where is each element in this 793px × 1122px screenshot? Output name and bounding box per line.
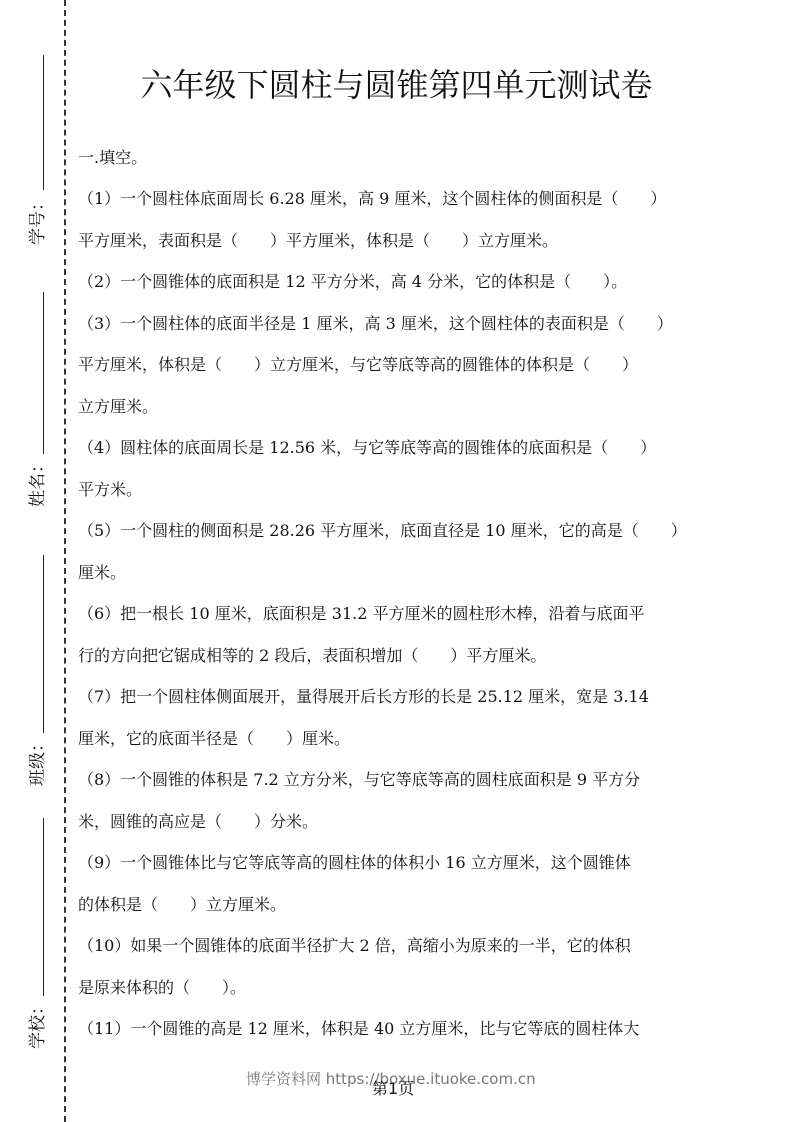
question-line: 平方厘米，体积是（ ）立方厘米，与它等底等高的圆锥体的体积是（ ） <box>78 344 720 386</box>
question-1: （1）一个圆柱体底面周长 6.28 厘米，高 9 厘米，这个圆柱体的侧面积是（ … <box>78 178 720 261</box>
question-line: 是原来体积的（ ）。 <box>78 967 720 1009</box>
question-line: （4）圆柱体的底面周长是 12.56 米，与它等底等高的圆锥体的底面积是（ ） <box>78 427 720 469</box>
question-line: （10）如果一个圆锥体的底面半径扩大 2 倍，高缩小为原来的一半，它的体积 <box>78 925 720 967</box>
question-4: （4）圆柱体的底面周长是 12.56 米，与它等底等高的圆锥体的底面积是（ ） … <box>78 427 720 510</box>
question-line: （7）把一个圆柱体侧面展开，量得展开后长方形的长是 25.12 厘米，宽是 3.… <box>78 676 720 718</box>
question-8: （8）一个圆锥的体积是 7.2 立方分米，与它等底等高的圆柱底面积是 9 平方分… <box>78 759 720 842</box>
question-line: （5）一个圆柱的侧面积是 28.26 平方厘米，底面直径是 10 厘米，它的高是… <box>78 510 720 552</box>
exam-content: 一.填空。 （1）一个圆柱体底面周长 6.28 厘米，高 9 厘米，这个圆柱体的… <box>78 138 720 1050</box>
question-line: （6）把一根长 10 厘米，底面积是 31.2 平方厘米的圆柱形木棒，沿着与底面… <box>78 593 720 635</box>
question-line: （9）一个圆锥体比与它等底等高的圆柱体的体积小 16 立方厘米，这个圆锥体 <box>78 842 720 884</box>
class-line <box>43 555 44 733</box>
question-line: 的体积是（ ）立方厘米。 <box>78 884 720 926</box>
question-line: 米，圆锥的高应是（ ）分米。 <box>78 801 720 843</box>
question-line: 平方米。 <box>78 469 720 511</box>
question-5: （5）一个圆柱的侧面积是 28.26 平方厘米，底面直径是 10 厘米，它的高是… <box>78 510 720 593</box>
question-7: （7）把一个圆柱体侧面展开，量得展开后长方形的长是 25.12 厘米，宽是 3.… <box>78 676 720 759</box>
question-line: 平方厘米，表面积是（ ）平方厘米，体积是（ ）立方厘米。 <box>78 220 720 262</box>
binding-cut-line <box>64 0 66 1122</box>
student-id-label: 学号： <box>20 196 50 242</box>
page-number: 第1页 <box>372 1076 414 1099</box>
question-line: （2）一个圆锥体的底面积是 12 平方分米，高 4 分米，它的体积是（ ）。 <box>78 261 720 303</box>
student-name-label: 姓名： <box>20 458 50 504</box>
question-2: （2）一个圆锥体的底面积是 12 平方分米，高 4 分米，它的体积是（ ）。 <box>78 261 720 303</box>
school-label: 学校： <box>20 1000 50 1046</box>
school-line <box>43 818 44 996</box>
question-line: 厘米，它的底面半径是（ ）厘米。 <box>78 718 720 760</box>
question-6: （6）把一根长 10 厘米，底面积是 31.2 平方厘米的圆柱形木棒，沿着与底面… <box>78 593 720 676</box>
section-heading: 一.填空。 <box>78 138 720 178</box>
student-name-line <box>43 292 44 454</box>
page-title: 六年级下圆柱与圆锥第四单元测试卷 <box>0 60 793 106</box>
class-label: 班级： <box>20 737 50 783</box>
question-line: 厘米。 <box>78 552 720 594</box>
question-3: （3）一个圆柱体的底面半径是 1 厘米，高 3 厘米，这个圆柱体的表面积是（ ）… <box>78 303 720 428</box>
question-line: （3）一个圆柱体的底面半径是 1 厘米，高 3 厘米，这个圆柱体的表面积是（ ） <box>78 303 720 345</box>
question-line: 立方厘米。 <box>78 386 720 428</box>
question-10: （10）如果一个圆锥体的底面半径扩大 2 倍，高缩小为原来的一半，它的体积 是原… <box>78 925 720 1008</box>
question-line: （8）一个圆锥的体积是 7.2 立方分米，与它等底等高的圆柱底面积是 9 平方分 <box>78 759 720 801</box>
question-9: （9）一个圆锥体比与它等底等高的圆柱体的体积小 16 立方厘米，这个圆锥体 的体… <box>78 842 720 925</box>
question-11: （11）一个圆锥的高是 12 厘米，体积是 40 立方厘米，比与它等底的圆柱体大 <box>78 1008 720 1050</box>
question-line: 行的方向把它锯成相等的 2 段后，表面积增加（ ）平方厘米。 <box>78 635 720 677</box>
question-line: （11）一个圆锥的高是 12 厘米，体积是 40 立方厘米，比与它等底的圆柱体大 <box>78 1008 720 1050</box>
question-line: （1）一个圆柱体底面周长 6.28 厘米，高 9 厘米，这个圆柱体的侧面积是（ … <box>78 178 720 220</box>
